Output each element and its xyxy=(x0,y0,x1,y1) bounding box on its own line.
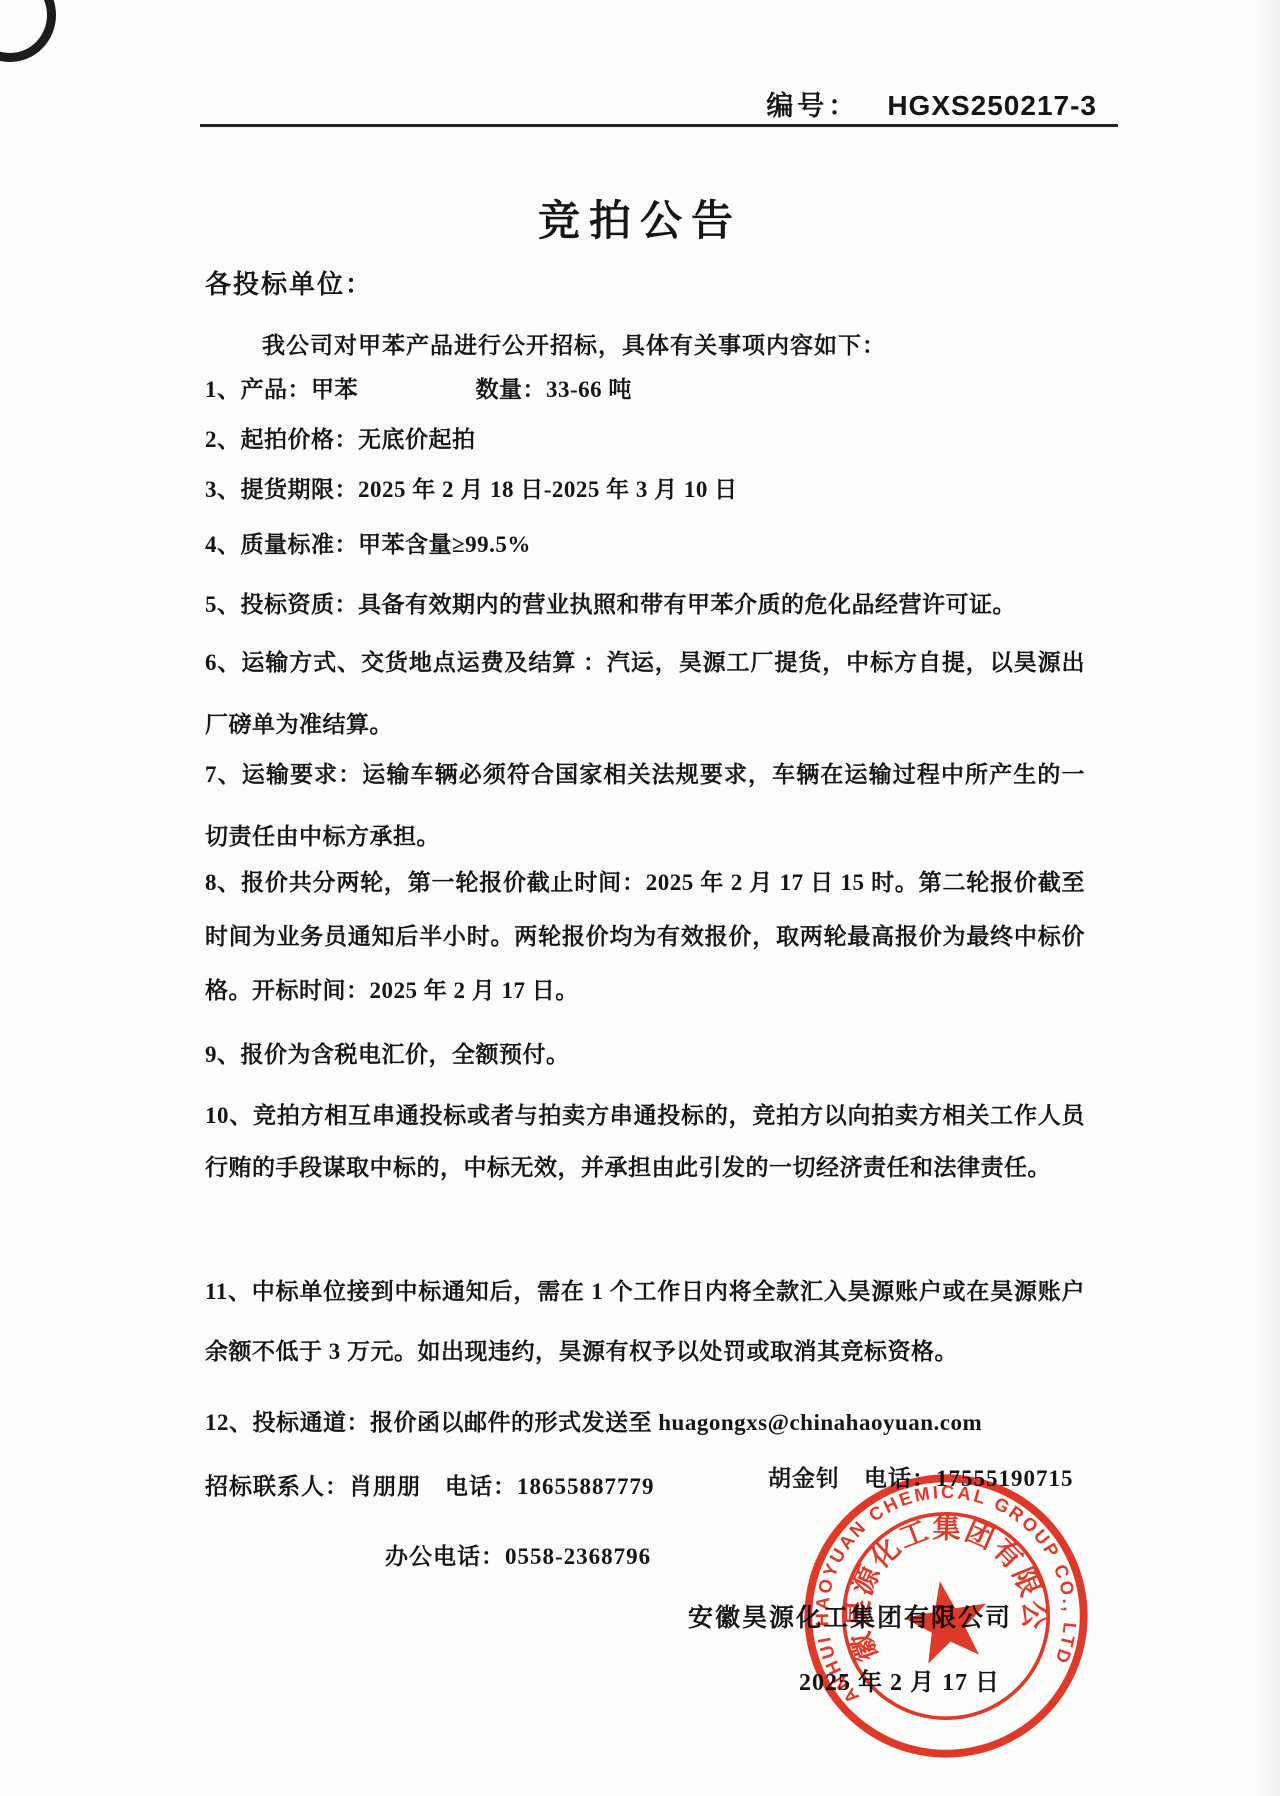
notice-item-11: 11、中标单位接到中标通知后，需在 1 个工作日内将全款汇入昊源账户或在昊源账户… xyxy=(205,1262,1085,1382)
notice-item-12: 12、投标通道：报价函以邮件的形式发送至 huagongxs@chinahaoy… xyxy=(205,1395,1085,1451)
doc-number: HGXS250217-3 xyxy=(887,90,1097,122)
contact-primary: 招标联系人：肖朋朋 电话：18655887779 xyxy=(205,1468,655,1501)
notice-item-3: 3、提货期限：2025 年 2 月 18 日-2025 年 3 月 10 日 xyxy=(205,462,1085,518)
header-divider xyxy=(200,124,1118,127)
page-title: 竞拍公告 xyxy=(200,188,1080,248)
doc-number-label: 编号： xyxy=(766,84,859,123)
scan-artifact-corner xyxy=(0,0,56,62)
notice-item-6: 6、运输方式、交货地点运费及结算 ：汽运，昊源工厂提货，中标方自提，以昊源出厂磅… xyxy=(205,632,1085,756)
stamp-star-icon xyxy=(899,1574,995,1667)
scanned-document-page: 编号： HGXS250217-3 竞拍公告 各投标单位： 我公司对甲苯产品进行公… xyxy=(0,0,1280,1796)
notice-item-7: 7、运输要求：运输车辆必须符合国家相关法规要求，车辆在运输过程中所产生的一切责任… xyxy=(205,744,1085,868)
notice-item-10: 10、竞拍方相互串通投标或者与拍卖方串通投标的，竞拍方以向拍卖方相关工作人员行贿… xyxy=(205,1090,1085,1194)
notice-item-4: 4、质量标准：甲苯含量≥99.5% xyxy=(205,517,1085,573)
intro-paragraph: 我公司对甲苯产品进行公开招标，具体有关事项内容如下： xyxy=(262,327,886,360)
document-header: 编号： HGXS250217-3 xyxy=(766,84,1097,123)
notice-item-5: 5、投标资质：具备有效期内的营业执照和带有甲苯介质的危化品经营许可证。 xyxy=(205,577,1085,633)
contact-office: 办公电话：0558-2368796 xyxy=(385,1538,651,1571)
notice-item-1: 1、产品：甲苯 数量：33-66 吨 xyxy=(205,362,1085,418)
notice-item-9: 9、报价为含税电汇价，全额预付。 xyxy=(205,1027,1085,1083)
notice-item-8: 8、报价共分两轮，第一轮报价截止时间：2025 年 2 月 17 日 15 时。… xyxy=(205,856,1085,1018)
salutation: 各投标单位： xyxy=(205,264,373,301)
notice-item-2: 2、起拍价格：无底价起拍 xyxy=(205,412,1085,468)
company-seal-stamp: ANHUI HAOYUAN CHEMICAL GROUP CO., LTD 安徽… xyxy=(777,1447,1115,1785)
